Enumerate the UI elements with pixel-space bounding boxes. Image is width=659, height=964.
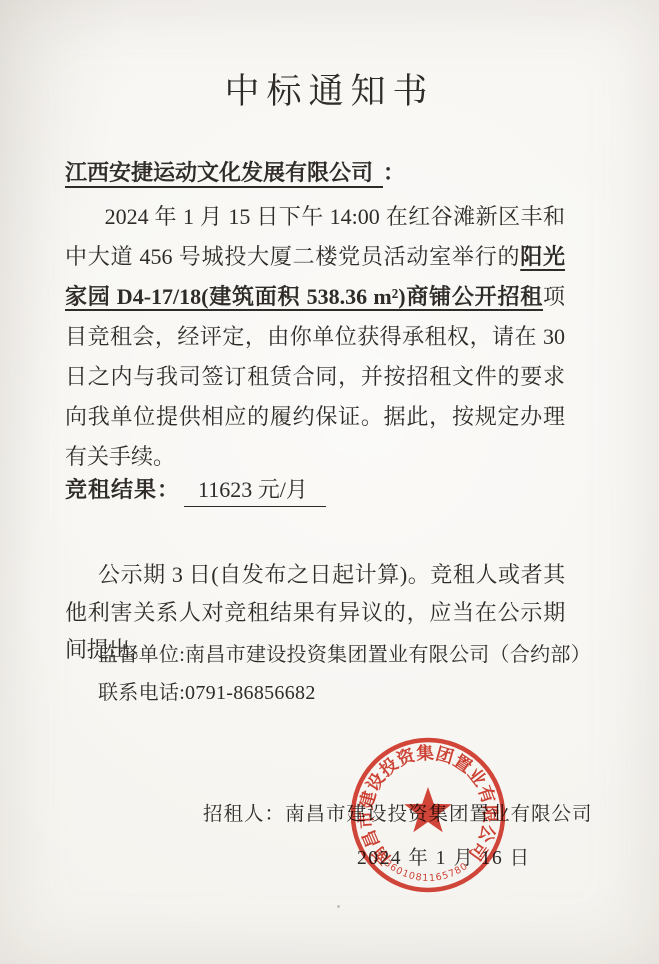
scanned-notice-page: 中标通知书 江西安捷运动文化发展有限公司： 2024 年 1 月 15 日下午 … [0, 0, 659, 964]
seal-star-icon [404, 787, 452, 832]
paragraph1-lead-text: 2024 年 1 月 15 日下午 14:00 在红谷滩新区丰和中大道 456 … [65, 204, 565, 269]
addressee-colon: ： [383, 160, 405, 185]
bid-result-line: 竞租结果：11623 元/月 [65, 473, 326, 507]
document-title: 中标通知书 [0, 64, 659, 114]
contact-phone-line: 联系电话:0791-86856682 [98, 676, 316, 705]
lessor-label: 招租人： [203, 804, 285, 825]
supervisor-unit-line: 监督单位:南昌市建设投资集团置业有限公司（合约部） [98, 638, 591, 667]
bid-result-label: 竞租结果： [65, 477, 180, 502]
addressee-line: 江西安捷运动文化发展有限公司： [65, 156, 405, 187]
bid-result-value: 11623 元/月 [184, 473, 326, 507]
company-seal-stamp: 南昌市建设投资集团置业有限公司 3601081165780 [318, 705, 538, 925]
paragraph1-tail-text: 项目竞租会，经评定，由你单位获得承租权，请在 30 日之内与我司签订租赁合同，并… [65, 284, 565, 469]
addressee-company-name: 江西安捷运动文化发展有限公司 [65, 160, 383, 188]
body-paragraph-1: 2024 年 1 月 15 日下午 14:00 在红谷滩新区丰和中大道 456 … [65, 197, 565, 477]
